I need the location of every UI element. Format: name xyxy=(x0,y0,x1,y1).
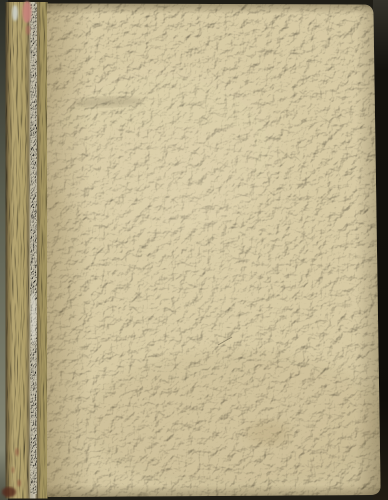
cover-shading xyxy=(40,0,385,500)
pink-paint-mark xyxy=(23,1,32,23)
brown-stain-mark xyxy=(246,421,290,445)
spine-hinge-groove xyxy=(31,4,38,494)
red-wear-mark-3 xyxy=(17,480,21,487)
groove-glint-mark xyxy=(31,292,36,344)
dark-red-corner-mark xyxy=(2,487,16,497)
red-wear-mark-2 xyxy=(11,467,14,473)
book-photo xyxy=(0,0,388,500)
book xyxy=(2,0,385,500)
pink-paint-mark-small xyxy=(26,25,31,35)
red-wear-mark-1 xyxy=(15,448,19,456)
cover-light-patch xyxy=(40,65,280,235)
book-photo-canvas xyxy=(0,0,388,500)
cover-dark-patch xyxy=(85,350,385,490)
book-spine xyxy=(6,2,48,499)
white-speck-mark xyxy=(12,5,18,21)
